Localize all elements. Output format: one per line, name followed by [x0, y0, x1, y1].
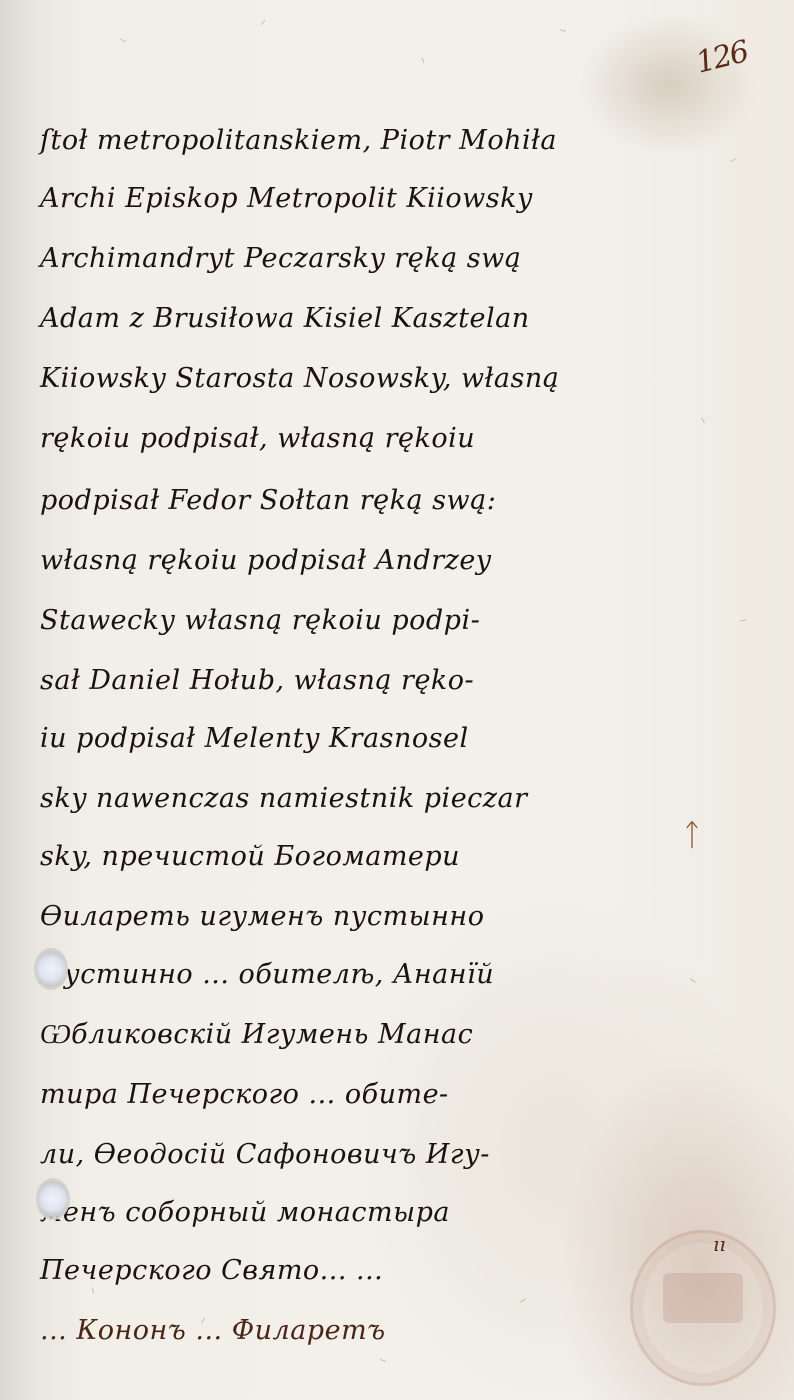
- seal-emblem: [663, 1273, 743, 1323]
- paper-fibre: [730, 159, 736, 163]
- paper-fibre: [690, 978, 695, 983]
- text-line: тира Печерского ... обите-: [40, 1079, 449, 1110]
- manuscript-page: 126 ſtoł metropolitanskiem, Piotr Mohiła…: [0, 0, 794, 1400]
- paper-fibre: [92, 1287, 94, 1293]
- paper-fibre: [560, 29, 566, 32]
- paper-fibre: [701, 418, 705, 424]
- text-line: Archi Episkop Metropolit Kiiowsky: [40, 183, 533, 214]
- text-line: ſtoł metropolitanskiem, Piotr Mohiła: [40, 125, 557, 156]
- text-line: ... Кононъ ... Филаретъ: [40, 1315, 386, 1346]
- text-line: Archimandryt Peczarsky ręką swą: [40, 243, 521, 274]
- text-line: ли, Ѳеодосій Сафоновичъ Игу-: [40, 1139, 490, 1170]
- binding-hole: [34, 948, 68, 990]
- paper-fibre: [261, 20, 266, 25]
- seal-mark: ıı: [713, 1232, 726, 1256]
- text-line: Ѡбликовскій Игумень Манас: [40, 1019, 473, 1050]
- text-line: Ѳилареть игуменъ пустынно: [40, 901, 484, 932]
- folio-number: 126: [693, 34, 751, 80]
- text-line: własną rękoiu podpisał Andrzey: [40, 545, 492, 576]
- text-line: sał Daniel Hołub, własną ręko-: [40, 665, 474, 696]
- paper-fibre: [120, 39, 126, 43]
- text-line: sky nawenczas namiestnik pieczar: [40, 783, 528, 814]
- paper-fibre: [422, 58, 425, 64]
- archive-stamp-seal: [630, 1230, 776, 1386]
- margin-cross-mark: ᛏ: [683, 818, 701, 853]
- text-line: iu podpisał Melenty Krasnosel: [40, 723, 469, 754]
- text-line: podpisał Fedor Sołtan ręką swą:: [40, 485, 496, 516]
- paper-fibre: [520, 1298, 525, 1302]
- text-line: Adam z Brusiłowa Kisiel Kasztelan: [40, 303, 530, 334]
- binding-hole: [36, 1178, 70, 1220]
- text-line: Stawecky własną rękoiu podpi-: [40, 605, 480, 636]
- paper-fibre: [380, 1359, 386, 1362]
- text-line: Пустинно ... обителѣ, Ананїй: [40, 959, 494, 990]
- paper-fibre: [740, 619, 746, 621]
- text-line: rękoiu podpisał, własną rękoiu: [40, 423, 475, 454]
- text-line: менъ соборный монастыра: [40, 1197, 450, 1228]
- text-line: sky, пречистой Богоматери: [40, 841, 460, 872]
- text-line: Kiiowsky Starosta Nosowsky, własną: [40, 363, 559, 394]
- text-line: Печерского Свято... ...: [40, 1255, 383, 1286]
